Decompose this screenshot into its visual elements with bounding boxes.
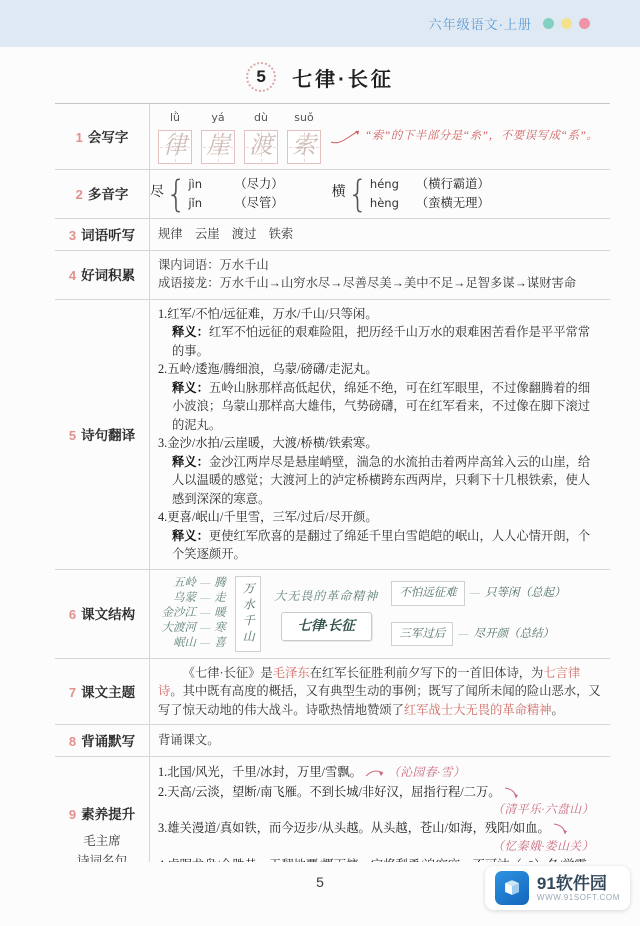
- branch-box: 三军过后: [391, 622, 453, 647]
- pinyin: suǒ: [294, 109, 313, 128]
- dash-icon: —: [458, 625, 468, 644]
- row-title: 诗句翻译: [81, 428, 135, 443]
- row-number: 3: [69, 228, 76, 243]
- branch-box: 不怕远征难: [391, 581, 465, 606]
- study-table: 1会写字 lǜ 律 yá 崖 dù 渡: [55, 103, 610, 917]
- feeling: 走: [214, 591, 226, 606]
- branch-tail: 尽开颜（总结）: [473, 625, 554, 644]
- quote-line: 1.北国/风光，千里/冰封，万里/雪飘。: [158, 765, 362, 779]
- spirit-text: 大无畏的革命精神: [274, 587, 378, 606]
- row-label-translation: 5诗句翻译: [55, 300, 150, 569]
- dot-yellow-icon: [561, 18, 572, 29]
- reading-pinyin: jǐn: [188, 194, 226, 213]
- polyphone-content: 尽 { jìn（尽力） jǐn（尽管） 横 { héng（横行霸道） hèng（…: [150, 170, 610, 218]
- row-title: 多音字: [88, 187, 129, 202]
- row-theme: 7课文主题 《七律·长征》是毛泽东在红军长征胜利前夕写下的一首旧体诗，为七言律诗…: [55, 659, 610, 726]
- meaning-label: 释义：: [172, 529, 209, 543]
- reading-example: （尽管）: [234, 194, 283, 213]
- theme-answer: 毛泽东: [273, 666, 310, 680]
- polyphone-group: 横 { héng（横行霸道） hèng（蛮横无理）: [332, 175, 490, 213]
- char-cell: suǒ 索: [287, 109, 321, 164]
- cube-glyph-icon: [501, 877, 523, 899]
- meaning-text: 更使红军欣喜的是翻过了绵延千里白雪皑皑的岷山，人人心情开朗，个个笑逐颜开。: [172, 529, 590, 562]
- curve-arrow-icon: [503, 786, 519, 800]
- row-number: 2: [76, 187, 83, 202]
- quote-line: 2.天高/云淡，望断/南飞雁。不到长城/非好汉，屈指行程/二万。: [158, 785, 501, 799]
- row-dictation: 3词语听写 规律 云崖 渡过 铁索: [55, 219, 610, 251]
- row-polyphone: 2多音字 尽 { jìn（尽力） jǐn（尽管） 横 { héng（横行霸道）: [55, 170, 610, 219]
- note-text: “索”的下半部分是“糸”，不要误写成“系”。: [365, 127, 598, 146]
- quote-item: 2.天高/云淡，望断/南飞雁。不到长城/非好汉，屈指行程/二万。 （清平乐·六盘…: [158, 783, 602, 819]
- branch-line: 三军过后—尽开颜（总结）: [391, 622, 565, 647]
- quote-item: 3.雄关漫道/真如铁，而今迈步/从头越。从头越，苍山/如海，残阳/如血。 （忆秦…: [158, 819, 602, 855]
- row-number: 6: [69, 607, 76, 622]
- meaning-text: 红军不怕远征的艰难险阻，把历经千山万水的艰难困苦看作是平平常常的事。: [172, 325, 590, 358]
- verse-meaning: 释义：金沙江两岸尽是悬崖峭壁，湍急的水流拍击着两岸高耸入云的山崖，给人以温暖的感…: [172, 453, 602, 509]
- char-cell: yá 崖: [201, 109, 235, 164]
- dash-icon: —: [200, 591, 210, 606]
- handwritten-note: “索”的下半部分是“糸”，不要误写成“系”。: [327, 126, 598, 146]
- verse-item: 3.金沙/水拍/云崖暖，大渡/桥横/铁索寒。 释义：金沙江两岸尽是悬崖峭壁，湍急…: [158, 434, 602, 508]
- verse-item: 2.五岭/逶迤/腾细浪，乌蒙/磅礴/走泥丸。 释义：五岭山脉那样高低起伏，绵延不…: [158, 360, 602, 434]
- curve-arrow-icon: [364, 768, 386, 778]
- pinyin: yá: [211, 109, 224, 128]
- row-translation: 5诗句翻译 1.红军/不怕/远征难，万水/千山/只等闲。 释义：红军不怕远征的艰…: [55, 300, 610, 570]
- row-label-write: 1会写字: [55, 104, 150, 169]
- translation-content: 1.红军/不怕/远征难，万水/千山/只等闲。 释义：红军不怕远征的艰难险阻，把历…: [150, 300, 610, 569]
- branch-tail: 只等闲（总起）: [485, 584, 566, 603]
- meaning-label: 释义：: [172, 381, 209, 395]
- polyphone-character: 尽: [150, 184, 164, 203]
- pair-line: 乌蒙—走: [152, 591, 226, 606]
- reading-line: jǐn（尽管）: [188, 194, 283, 213]
- theme-text: 。: [552, 703, 564, 717]
- row-structure: 6课文结构 五岭—腾 乌蒙—走 金沙江—暖 大渡河—寒 岷山—喜 万水千山 大无…: [55, 570, 610, 659]
- trace-character: 渡: [245, 131, 277, 163]
- brace-icon: {: [166, 175, 186, 212]
- row-recite: 8背诵默写 背诵课文。: [55, 725, 610, 757]
- lesson-name: 七律·长征: [292, 63, 394, 92]
- row-number: 5: [69, 428, 76, 443]
- row-label-structure: 6课文结构: [55, 570, 150, 658]
- character-cells: lǜ 律 yá 崖 dù 渡 suǒ 索: [158, 109, 321, 164]
- quote-source: （沁园春·雪）: [388, 765, 465, 779]
- poem-title-box: 七律·长征: [281, 612, 372, 641]
- feeling: 寒: [214, 621, 226, 636]
- trace-character: 崖: [202, 131, 234, 163]
- top-header-bar: 六年级语文·上册: [0, 0, 640, 47]
- recite-content: 背诵课文。: [150, 725, 610, 756]
- meaning-label: 释义：: [172, 325, 209, 339]
- reading-pinyin: héng: [370, 175, 408, 194]
- row-number: 4: [69, 268, 76, 283]
- row-subtitle: 毛主席: [69, 831, 135, 849]
- row-write-chars: 1会写字 lǜ 律 yá 崖 dù 渡: [55, 104, 610, 170]
- meaning-label: 释义：: [172, 455, 209, 469]
- reading-line: héng（横行霸道）: [370, 175, 490, 194]
- logo-cube-icon: [495, 871, 529, 905]
- trace-character: 索: [288, 131, 320, 163]
- theme-paragraph: 《七律·长征》是毛泽东在红军长征胜利前夕写下的一首旧体诗，为七言律诗。其中既有高…: [158, 664, 602, 720]
- writing-grid-box: 渡: [244, 130, 278, 164]
- feeling: 腾: [214, 576, 226, 591]
- diagram-branches: 不怕远征难—只等闲（总起） 三军过后—尽开颜（总结）: [391, 581, 565, 646]
- reading-example: （尽力）: [234, 175, 283, 194]
- row-title: 好词积累: [81, 268, 135, 283]
- pair-line: 岷山—喜: [152, 636, 226, 651]
- char-cell: dù 渡: [244, 109, 278, 164]
- quote-item: 1.北国/风光，千里/冰封，万里/雪飘。（沁园春·雪）: [158, 763, 602, 782]
- place: 大渡河: [152, 621, 196, 636]
- verse-meaning: 释义：红军不怕远征的艰难险阻，把历经千山万水的艰难困苦看作是平平常常的事。: [172, 323, 602, 360]
- row-label-theme: 7课文主题: [55, 659, 150, 725]
- row-title: 课文主题: [81, 685, 135, 700]
- readings: héng（横行霸道） hèng（蛮横无理）: [370, 175, 490, 213]
- row-title: 会写字: [88, 130, 129, 145]
- verse-item: 1.红军/不怕/远征难，万水/千山/只等闲。 释义：红军不怕远征的艰难险阻，把历…: [158, 305, 602, 361]
- place: 岷山: [152, 636, 196, 651]
- lesson-number-badge: 5: [246, 62, 276, 92]
- dash-icon: —: [200, 576, 210, 591]
- vertical-summary-box: 万水千山: [235, 576, 262, 652]
- curve-arrow-icon: [329, 126, 363, 146]
- dash-icon: —: [200, 621, 210, 636]
- dictation-words: 规律 云崖 渡过 铁索: [158, 225, 293, 244]
- row-accumulate: 4好词积累 课内词语：万水千山 成语接龙：万水千山→山穷水尽→尽善尽美→美中不足…: [55, 251, 610, 300]
- polyphone-group: 尽 { jìn（尽力） jǐn（尽管）: [150, 175, 284, 213]
- write-chars-content: lǜ 律 yá 崖 dù 渡 suǒ 索: [150, 104, 610, 169]
- row-number: 8: [69, 734, 76, 749]
- pinyin: lǜ: [170, 109, 180, 128]
- feeling: 喜: [214, 636, 226, 651]
- place: 五岭: [152, 576, 196, 591]
- logo-text-block: 91软件园 WWW.91SOFT.COM: [537, 874, 620, 903]
- writing-grid-box: 崖: [201, 130, 235, 164]
- row-number: 1: [76, 130, 83, 145]
- dash-icon: —: [200, 606, 210, 621]
- dash-icon: —: [200, 636, 210, 651]
- place: 乌蒙: [152, 591, 196, 606]
- page-number: 5: [316, 874, 324, 890]
- verse-meaning: 释义：更使红军欣喜的是翻过了绵延千里白雪皑皑的岷山，人人心情开朗，个个笑逐颜开。: [172, 527, 602, 564]
- row-title: 素养提升: [81, 807, 135, 822]
- diagram-center: 大无畏的革命精神 七律·长征: [274, 587, 378, 641]
- row-label-dictation: 3词语听写: [55, 219, 150, 250]
- place: 金沙江: [152, 606, 196, 621]
- trace-character: 律: [159, 131, 191, 163]
- polyphone-character: 横: [332, 184, 346, 203]
- verse-meaning: 释义：五岭山脉那样高低起伏，绵延不绝，可在红军眼里，不过像翻腾着的细小波浪；乌蒙…: [172, 379, 602, 435]
- textbook-page: 六年级语文·上册 5 七律·长征 1会写字 lǜ 律 yá: [0, 0, 640, 926]
- watermark-logo[interactable]: 91软件园 WWW.91SOFT.COM: [485, 866, 630, 910]
- feeling: 暖: [214, 606, 226, 621]
- brace-icon: {: [348, 175, 368, 212]
- row-title: 背诵默写: [81, 734, 135, 749]
- meaning-text: 金沙江两岸尽是悬崖峭壁，湍急的水流拍击着两岸高耸入云的山崖，给人以温暖的感觉；大…: [172, 455, 590, 506]
- theme-text: 在红军长征胜利前夕写下的一首旧体诗，为: [310, 666, 544, 680]
- dash-icon: —: [470, 584, 480, 603]
- dot-pink-icon: [579, 18, 590, 29]
- row-title: 词语听写: [81, 228, 135, 243]
- dictation-content: 规律 云崖 渡过 铁索: [150, 219, 610, 250]
- row-number: 9: [69, 807, 76, 822]
- quote-line: 3.雄关漫道/真如铁，而今迈步/从头越。从头越，苍山/如海，残阳/如血。: [158, 821, 550, 835]
- meaning-text: 五岭山脉那样高低起伏，绵延不绝，可在红军眼里，不过像翻腾着的细小波浪；乌蒙山那样…: [172, 381, 590, 432]
- logo-url: WWW.91SOFT.COM: [537, 893, 620, 902]
- pinyin: dù: [254, 109, 268, 128]
- page-footer: 5 91软件园 WWW.91SOFT.COM: [0, 862, 640, 926]
- row-label-recite: 8背诵默写: [55, 725, 150, 756]
- quote-source: （清平乐·六盘山）: [158, 801, 602, 818]
- idiom-chain-line: 成语接龙：万水千山→山穷水尽→尽善尽美→美中不足→足智多谋→谋财害命: [158, 274, 602, 293]
- branch-line: 不怕远征难—只等闲（总起）: [391, 581, 565, 606]
- reading-line: jìn（尽力）: [188, 175, 283, 194]
- pair-line: 大渡河—寒: [152, 621, 226, 636]
- readings: jìn（尽力） jǐn（尽管）: [188, 175, 283, 213]
- verse-line: 1.红军/不怕/远征难，万水/千山/只等闲。: [158, 305, 602, 324]
- verse-item: 4.更喜/岷山/千里雪，三军/过后/尽开颜。 释义：更使红军欣喜的是翻过了绵延千…: [158, 508, 602, 564]
- row-title: 课文结构: [81, 607, 135, 622]
- pair-line: 五岭—腾: [152, 576, 226, 591]
- verse-line: 2.五岭/逶迤/腾细浪，乌蒙/磅礴/走泥丸。: [158, 360, 602, 379]
- writing-grid-box: 索: [287, 130, 321, 164]
- writing-grid-box: 律: [158, 130, 192, 164]
- structure-diagram: 五岭—腾 乌蒙—走 金沙江—暖 大渡河—寒 岷山—喜 万水千山 大无畏的革命精神…: [150, 570, 610, 658]
- pair-line: 金沙江—暖: [152, 606, 226, 621]
- quote-source: （忆秦娥·娄山关）: [158, 838, 602, 855]
- theme-content: 《七律·长征》是毛泽东在红军长征胜利前夕写下的一首旧体诗，为七言律诗。其中既有高…: [150, 659, 610, 725]
- lesson-title: 5 七律·长征: [0, 62, 640, 92]
- theme-answer: 红军战士大无畏的革命精神: [404, 703, 552, 717]
- reading-example: （蛮横无理）: [416, 194, 490, 213]
- row-label-accumulate: 4好词积累: [55, 251, 150, 299]
- recite-text: 背诵课文。: [158, 731, 220, 750]
- theme-text: 《七律·长征》是: [183, 666, 273, 680]
- reading-pinyin: jìn: [188, 175, 226, 194]
- dot-teal-icon: [543, 18, 554, 29]
- class-words-line: 课内词语：万水千山: [158, 256, 602, 275]
- reading-line: hèng（蛮横无理）: [370, 194, 490, 213]
- logo-name: 91软件园: [537, 874, 620, 894]
- reading-pinyin: hèng: [370, 194, 408, 213]
- curve-arrow-icon: [552, 822, 568, 836]
- place-feeling-pairs: 五岭—腾 乌蒙—走 金沙江—暖 大渡河—寒 岷山—喜: [152, 576, 226, 651]
- row-label-polyphone: 2多音字: [55, 170, 150, 218]
- accumulate-content: 课内词语：万水千山 成语接龙：万水千山→山穷水尽→尽善尽美→美中不足→足智多谋→…: [150, 251, 610, 299]
- reading-example: （横行霸道）: [416, 175, 490, 194]
- verse-line: 3.金沙/水拍/云崖暖，大渡/桥横/铁索寒。: [158, 434, 602, 453]
- char-cell: lǜ 律: [158, 109, 192, 164]
- verse-line: 4.更喜/岷山/千里雪，三军/过后/尽开颜。: [158, 508, 602, 527]
- edition-title: 六年级语文·上册: [429, 14, 532, 33]
- row-number: 7: [69, 685, 76, 700]
